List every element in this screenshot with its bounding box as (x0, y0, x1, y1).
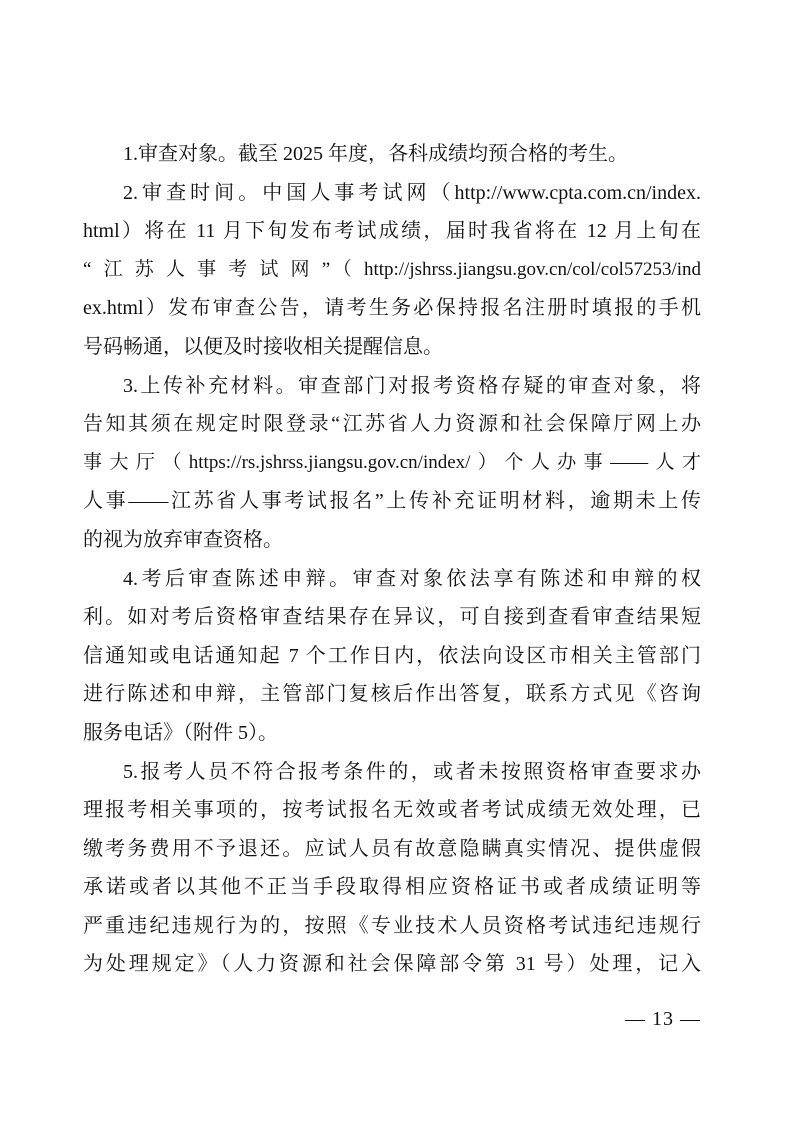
text-line: 缴考务费用不予退还。应试人员有故意隐瞒真实情况、提供虚假 (83, 830, 701, 869)
paragraph-2: 2.审查时间。中国人事考试网（http://www.cpta.com.cn/in… (83, 174, 701, 367)
text-line: 的视为放弃审查资格。 (83, 521, 701, 560)
document-body: 1.审查对象。截至 2025 年度，各科成绩均预合格的考生。 2.审查时间。中国… (83, 135, 701, 984)
text-line: 人事——江苏省人事考试报名”上传补充证明材料，逾期未上传 (83, 482, 701, 521)
text-line: ex.html）发布审查公告，请考生务必保持报名注册时填报的手机 (83, 289, 701, 328)
text-line: 3.上传补充材料。审查部门对报考资格存疑的审查对象，将 (83, 367, 701, 406)
text-line: 5.报考人员不符合报考条件的，或者未按照资格审查要求办 (83, 753, 701, 792)
text-line: 事大厅（https://rs.jshrss.jiangsu.gov.cn/ind… (83, 444, 701, 483)
text-line: 告知其须在规定时限登录“江苏省人力资源和社会保障厅网上办 (83, 405, 701, 444)
text-line: 承诺或者以其他不正当手段取得相应资格证书或者成绩证明等 (83, 868, 701, 907)
text-line: 进行陈述和申辩，主管部门复核后作出答复，联系方式见《咨询 (83, 675, 701, 714)
text-line: html）将在 11 月下旬发布考试成绩，届时我省将在 12 月上旬在 (83, 212, 701, 251)
paragraph-4: 4.考后审查陈述申辩。审查对象依法享有陈述和申辩的权 利。如对考后资格审查结果存… (83, 560, 701, 753)
text-line: 服务电话》（附件 5）。 (83, 714, 701, 753)
page-number: — 13 — (625, 1004, 701, 1034)
text-line: 号码畅通，以便及时接收相关提醒信息。 (83, 328, 701, 367)
text-line: 严重违纪违规行为的，按照《专业技术人员资格考试违纪违规行 (83, 907, 701, 946)
text-line: 信通知或电话通知起 7 个工作日内，依法向设区市相关主管部门 (83, 637, 701, 676)
text-line: “江苏人事考试网”（http://jshrss.jiangsu.gov.cn/c… (83, 251, 701, 290)
text-line: 1.审查对象。截至 2025 年度，各科成绩均预合格的考生。 (83, 135, 701, 174)
paragraph-3: 3.上传补充材料。审查部门对报考资格存疑的审查对象，将 告知其须在规定时限登录“… (83, 367, 701, 560)
text-line: 4.考后审查陈述申辩。审查对象依法享有陈述和申辩的权 (83, 560, 701, 599)
document-page: 1.审查对象。截至 2025 年度，各科成绩均预合格的考生。 2.审查时间。中国… (0, 0, 794, 1123)
text-line: 为处理规定》（人力资源和社会保障部令第 31 号）处理，记入 (83, 945, 701, 984)
text-line: 理报考相关事项的，按考试报名无效或者考试成绩无效处理，已 (83, 791, 701, 830)
paragraph-5: 5.报考人员不符合报考条件的，或者未按照资格审查要求办 理报考相关事项的，按考试… (83, 753, 701, 985)
paragraph-1: 1.审查对象。截至 2025 年度，各科成绩均预合格的考生。 (83, 135, 701, 174)
text-line: 利。如对考后资格审查结果存在异议，可自接到查看审查结果短 (83, 598, 701, 637)
text-line: 2.审查时间。中国人事考试网（http://www.cpta.com.cn/in… (83, 174, 701, 213)
